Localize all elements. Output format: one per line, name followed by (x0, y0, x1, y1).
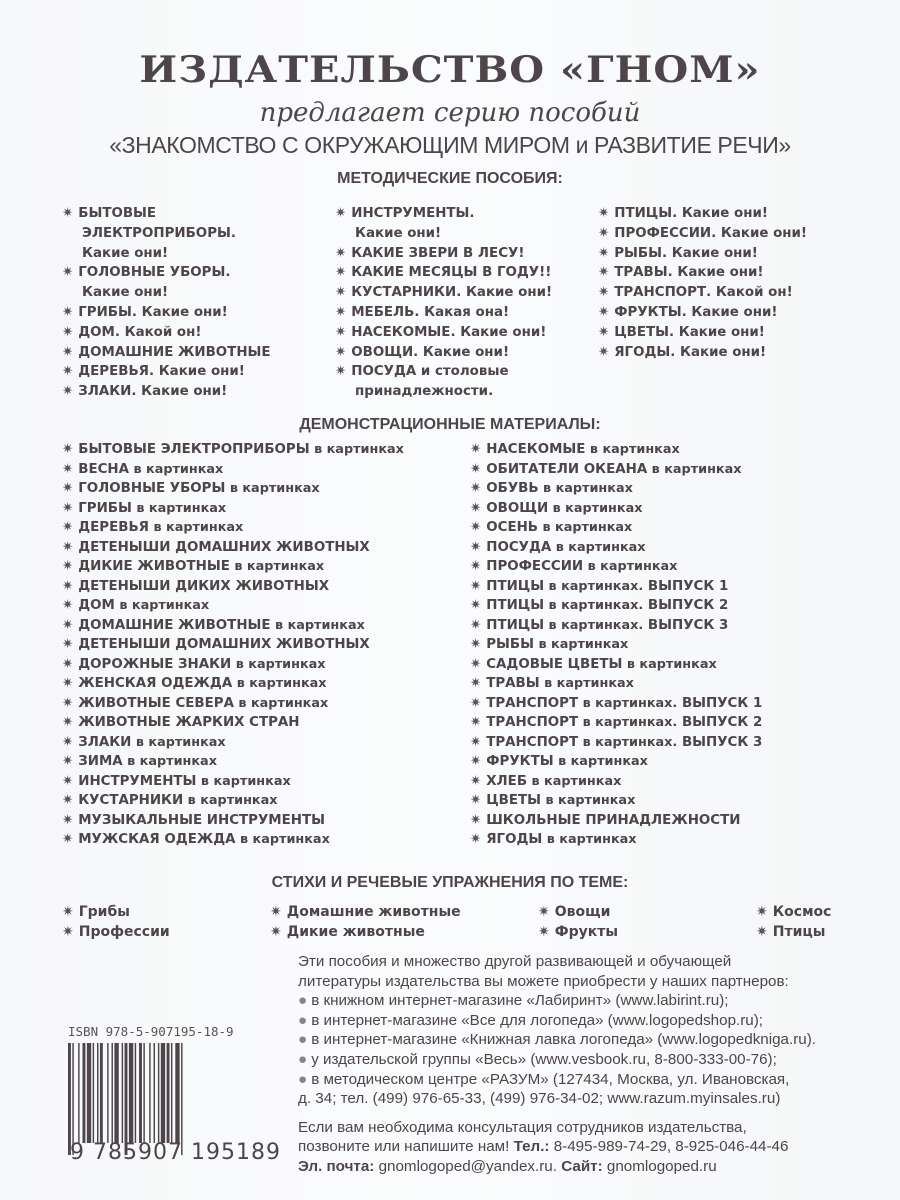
demo-item: ✷ПТИЦЫ в картинках. ВЫПУСК 2 (470, 596, 762, 616)
partner-item: ●в книжном интернет-магазине «Лабиринт» … (298, 991, 858, 1011)
methodical-item: ✷ГРИБЫ. Какие они! (62, 303, 271, 323)
asterisk-bullet-icon: ✷ (62, 637, 73, 652)
item-suffix: в картинках (551, 540, 645, 555)
demo-item: ✷ПТИЦЫ в картинках. ВЫПУСК 3 (470, 616, 762, 636)
item-issue: ВЫПУСК 1 (643, 579, 728, 594)
item-suffix: в картинках (231, 657, 325, 672)
item-title: Домашние животные (287, 904, 461, 920)
item-title: ДЕТЕНЫШИ ДОМАШНИХ ЖИВОТНЫХ (78, 637, 370, 652)
asterisk-bullet-icon: ✷ (62, 384, 73, 399)
methodical-item: ✷ЗЛАКИ. Какие они! (62, 382, 271, 402)
item-title: КУСТАРНИКИ (78, 793, 183, 808)
methodical-item: ✷МЕБЕЛЬ. Какая она! (335, 303, 552, 323)
item-title: ХЛЕБ (486, 774, 527, 789)
item-title: ДЕТЕНЫШИ ДИКИХ ЖИВОТНЫХ (78, 579, 329, 594)
item-title: ПТИЦЫ (486, 579, 544, 594)
item-suffix: в картинках (123, 754, 217, 769)
item-title: НАСЕКОМЫЕ (486, 442, 585, 457)
asterisk-bullet-icon: ✷ (62, 735, 73, 750)
poem-item: ✷Овощи (538, 902, 618, 922)
item-suffix: в картинках (647, 462, 741, 477)
contact-line-2: позвоните или напишите нам! Тел.: 8-495-… (298, 1137, 858, 1157)
demo-item: ✷ТРАНСПОРТ в картинках. ВЫПУСК 3 (470, 733, 762, 753)
asterisk-bullet-icon: ✷ (62, 265, 73, 280)
item-suffix: в картинках. (544, 618, 643, 633)
item-title: ПОСУДА и столовые (351, 364, 508, 379)
item-title: РЫБЫ. Какие они! (614, 246, 758, 261)
demo-item: ✷ХЛЕБ в картинках (470, 772, 762, 792)
poem-item: ✷Космос (756, 902, 831, 922)
methodical-item: ✷ДЕРЕВЬЯ. Какие они! (62, 362, 271, 382)
partner-text: у издательской группы «Весь» (www.vesboo… (311, 1051, 777, 1068)
barcode (68, 1043, 218, 1143)
partners-info: Эти пособия и множество другой развивающ… (298, 952, 858, 1177)
asterisk-bullet-icon: ✷ (598, 285, 609, 300)
poem-item: ✷Дикие животные (270, 922, 461, 942)
asterisk-bullet-icon: ✷ (598, 265, 609, 280)
publisher-title: ИЗДАТЕЛЬСТВО «ГНОМ» (0, 48, 900, 91)
email-value: gnomlogoped@yandex.ru. (379, 1158, 557, 1175)
contact-line-3: Эл. почта: gnomlogoped@yandex.ru. Сайт: … (298, 1157, 858, 1177)
demo-item: ✷ПРОФЕССИИ в картинках (470, 557, 762, 577)
demo-item: ✷НАСЕКОМЫЕ в картинках (470, 440, 762, 460)
asterisk-bullet-icon: ✷ (470, 754, 481, 769)
item-title: ИНСТРУМЕНТЫ (78, 774, 196, 789)
asterisk-bullet-icon: ✷ (470, 442, 481, 457)
item-title: ТРАНСПОРТ (486, 735, 578, 750)
demo-item: ✷РЫБЫ в картинках (470, 635, 762, 655)
item-title: МУЗЫКАЛЬНЫЕ ИНСТРУМЕНТЫ (78, 813, 325, 828)
demo-item: ✷ЖИВОТНЫЕ ЖАРКИХ СТРАН (62, 713, 404, 733)
item-suffix: в картинках (583, 559, 677, 574)
item-title: ПРОФЕССИИ. Какие они! (614, 226, 807, 241)
demo-item: ✷ДОМ в картинках (62, 596, 404, 616)
demo-item: ✷ДЕТЕНЫШИ ДИКИХ ЖИВОТНЫХ (62, 577, 404, 597)
demo-item: ✷САДОВЫЕ ЦВЕТЫ в картинках (470, 655, 762, 675)
methodical-item: ✷КУСТАРНИКИ. Какие они! (335, 283, 552, 303)
asterisk-bullet-icon: ✷ (598, 325, 609, 340)
methodical-item: ✷ПОСУДА и столовыепринадлежности. (335, 362, 552, 402)
item-suffix: в картинках (131, 735, 225, 750)
partner-item: ●у издательской группы «Весь» (www.vesbo… (298, 1050, 858, 1070)
asterisk-bullet-icon: ✷ (335, 325, 346, 340)
item-title: ТРАНСПОРТ. Какой он! (614, 285, 793, 300)
asterisk-bullet-icon: ✷ (335, 345, 346, 360)
asterisk-bullet-icon: ✷ (470, 735, 481, 750)
item-issue: ВЫПУСК 3 (677, 735, 762, 750)
asterisk-bullet-icon: ✷ (62, 206, 73, 221)
methodical-item: ✷ТРАВЫ. Какие они! (598, 263, 807, 283)
asterisk-bullet-icon: ✷ (62, 754, 73, 769)
asterisk-bullet-icon: ✷ (335, 265, 346, 280)
methodical-item: ✷ДОМ. Какой он! (62, 323, 271, 343)
poem-item: ✷Фрукты (538, 922, 618, 942)
phone-value: 8-495-989-74-29, 8-925-046-44-46 (554, 1138, 789, 1155)
barcode-bars (64, 1043, 224, 1155)
item-continuation: Какие они! (62, 244, 271, 264)
item-title: КАКИЕ МЕСЯЦЫ В ГОДУ!! (351, 265, 551, 280)
item-title: ОБИТАТЕЛИ ОКЕАНА (486, 462, 647, 477)
demo-item: ✷ДОМАШНИЕ ЖИВОТНЫЕ в картинках (62, 616, 404, 636)
asterisk-bullet-icon: ✷ (62, 520, 73, 535)
asterisk-bullet-icon: ✷ (62, 598, 73, 613)
item-issue: ВЫПУСК 3 (643, 618, 728, 633)
item-suffix: в картинках (538, 520, 632, 535)
asterisk-bullet-icon: ✷ (62, 579, 73, 594)
item-suffix: в картинках (310, 442, 404, 457)
item-title: КАКИЕ ЗВЕРИ В ЛЕСУ! (351, 246, 524, 261)
asterisk-bullet-icon: ✷ (470, 676, 481, 691)
item-title: НАСЕКОМЫЕ. Какие они! (351, 325, 546, 340)
site-label: Сайт: (561, 1158, 602, 1175)
item-suffix: в картинках (534, 637, 628, 652)
item-suffix: в картинках. (544, 579, 643, 594)
item-suffix: в картинках (542, 832, 636, 847)
asterisk-bullet-icon: ✷ (62, 481, 73, 496)
poem-item: ✷Домашние животные (270, 902, 461, 922)
item-title: ЯГОДЫ (486, 832, 542, 847)
asterisk-bullet-icon: ✷ (270, 904, 282, 920)
item-suffix: в картинках (149, 520, 243, 535)
item-title: ТРАВЫ (486, 676, 539, 691)
item-title: ОБУВЬ (486, 481, 538, 496)
asterisk-bullet-icon: ✷ (470, 481, 481, 496)
item-suffix: в картинках (539, 481, 633, 496)
asterisk-bullet-icon: ✷ (62, 364, 73, 379)
methodical-column-1: ✷БЫТОВЫЕЭЛЕКТРОПРИБОРЫ.Какие они!✷ГОЛОВН… (62, 204, 271, 402)
item-title: ГОЛОВНЫЕ УБОРЫ (78, 481, 225, 496)
item-title: ГОЛОВНЫЕ УБОРЫ. (78, 265, 230, 280)
item-title: Фрукты (555, 924, 618, 940)
demo-item: ✷ДЕТЕНЫШИ ДОМАШНИХ ЖИВОТНЫХ (62, 635, 404, 655)
item-title: ГРИБЫ. Какие они! (78, 305, 228, 320)
item-title: ДОМ. Какой он! (78, 325, 201, 340)
item-suffix: в картинках (183, 793, 277, 808)
methodical-item: ✷ГОЛОВНЫЕ УБОРЫ.Какие они! (62, 263, 271, 303)
item-continuation: Какие они! (335, 224, 552, 244)
asterisk-bullet-icon: ✷ (335, 305, 346, 320)
item-title: ПТИЦЫ. Какие они! (614, 206, 768, 221)
demo-column-2: ✷НАСЕКОМЫЕ в картинках✷ОБИТАТЕЛИ ОКЕАНА … (470, 440, 762, 850)
isbn-block: ISBN 978-5-907195-18-9 (68, 1024, 218, 1143)
item-suffix: в картинках (527, 774, 621, 789)
demo-item: ✷ОВОЩИ в картинках (470, 499, 762, 519)
demo-item: ✷ГРИБЫ в картинках (62, 499, 404, 519)
item-title: ОВОЩИ. Какие они! (351, 345, 509, 360)
partner-text: в методическом центре «РАЗУМ» (127434, М… (311, 1071, 789, 1088)
demo-item: ✷ЗЛАКИ в картинках (62, 733, 404, 753)
item-title: ШКОЛЬНЫЕ ПРИНАДЛЕЖНОСТИ (486, 813, 740, 828)
demo-item: ✷МУЗЫКАЛЬНЫЕ ИНСТРУМЕНТЫ (62, 811, 404, 831)
item-title: ФРУКТЫ. Какие они! (614, 305, 777, 320)
item-title: ПТИЦЫ (486, 618, 544, 633)
demo-item: ✷ЯГОДЫ в картинках (470, 830, 762, 850)
asterisk-bullet-icon: ✷ (598, 206, 609, 221)
asterisk-bullet-icon: ✷ (62, 676, 73, 691)
methodical-item: ✷КАКИЕ ЗВЕРИ В ЛЕСУ! (335, 244, 552, 264)
asterisk-bullet-icon: ✷ (62, 696, 73, 711)
demo-item: ✷ОБИТАТЕЛИ ОКЕАНА в картинках (470, 460, 762, 480)
item-suffix: в картинках (232, 676, 326, 691)
item-suffix: в картинках (225, 481, 319, 496)
item-title: ЗЛАКИ (78, 735, 131, 750)
asterisk-bullet-icon: ✷ (335, 206, 346, 221)
item-suffix: в картинках (230, 559, 324, 574)
item-title: МЕБЕЛЬ. Какая она! (351, 305, 509, 320)
item-suffix: в картинках. (578, 696, 677, 711)
item-title: Птицы (773, 924, 826, 940)
item-title: ЖИВОТНЫЕ СЕВЕРА (78, 696, 234, 711)
dot-bullet-icon: ● (298, 1012, 307, 1029)
demo-item: ✷ШКОЛЬНЫЕ ПРИНАДЛЕЖНОСТИ (470, 811, 762, 831)
demo-item: ✷ДОРОЖНЫЕ ЗНАКИ в картинках (62, 655, 404, 675)
item-title: ДЕРЕВЬЯ. Какие они! (78, 364, 245, 379)
item-title: МУЖСКАЯ ОДЕЖДА (78, 832, 235, 847)
asterisk-bullet-icon: ✷ (270, 924, 282, 940)
asterisk-bullet-icon: ✷ (470, 832, 481, 847)
item-title: Дикие животные (287, 924, 425, 940)
demo-item: ✷БЫТОВЫЕ ЭЛЕКТРОПРИБОРЫ в картинках (62, 440, 404, 460)
demo-item: ✷ФРУКТЫ в картинках (470, 752, 762, 772)
asterisk-bullet-icon: ✷ (335, 246, 346, 261)
item-suffix: в картинках (132, 501, 226, 516)
item-suffix: в картинках (541, 793, 635, 808)
item-suffix: в картинках (234, 696, 328, 711)
methodical-item: ✷ДОМАШНИЕ ЖИВОТНЫЕ (62, 343, 271, 363)
asterisk-bullet-icon: ✷ (470, 559, 481, 574)
asterisk-bullet-icon: ✷ (62, 657, 73, 672)
asterisk-bullet-icon: ✷ (470, 657, 481, 672)
item-title: ПРОФЕССИИ (486, 559, 583, 574)
email-label: Эл. почта: (298, 1158, 374, 1175)
methodical-heading: МЕТОДИЧЕСКИЕ ПОСОБИЯ: (0, 170, 900, 188)
asterisk-bullet-icon: ✷ (470, 520, 481, 535)
asterisk-bullet-icon: ✷ (62, 793, 73, 808)
item-suffix: в картинках (554, 754, 648, 769)
methodical-item: ✷ФРУКТЫ. Какие они! (598, 303, 807, 323)
phone-label: Тел.: (514, 1138, 550, 1155)
asterisk-bullet-icon: ✷ (62, 832, 73, 847)
item-suffix: в картинках (622, 657, 716, 672)
item-title: ЯГОДЫ. Какие они! (614, 345, 766, 360)
series-name: «ЗНАКОМСТВО С ОКРУЖАЮЩИМ МИРОМ и РАЗВИТИ… (0, 132, 900, 159)
methodical-item: ✷ПРОФЕССИИ. Какие они! (598, 224, 807, 244)
asterisk-bullet-icon: ✷ (470, 696, 481, 711)
methodical-item: ✷БЫТОВЫЕЭЛЕКТРОПРИБОРЫ.Какие они! (62, 204, 271, 263)
item-issue: ВЫПУСК 1 (677, 696, 762, 711)
item-continuation: ЭЛЕКТРОПРИБОРЫ. (62, 224, 271, 244)
poems-column-3: ✷Овощи✷Фрукты (538, 902, 618, 942)
contact-line-1: Если вам необходима консультация сотрудн… (298, 1118, 858, 1138)
item-title: ПОСУДА (486, 540, 551, 555)
asterisk-bullet-icon: ✷ (62, 904, 74, 920)
item-title: ТРАНСПОРТ (486, 696, 578, 711)
poem-item: ✷Профессии (62, 922, 170, 942)
asterisk-bullet-icon: ✷ (470, 462, 481, 477)
item-title: Овощи (555, 904, 611, 920)
partner-item: ●в методическом центре «РАЗУМ» (127434, … (298, 1070, 858, 1090)
asterisk-bullet-icon: ✷ (538, 924, 550, 940)
item-suffix: в картинках (585, 442, 679, 457)
isbn-label: ISBN 978-5-907195-18-9 (68, 1024, 218, 1039)
poems-heading: СТИХИ И РЕЧЕВЫЕ УПРАЖНЕНИЯ ПО ТЕМЕ: (0, 874, 900, 892)
demo-item: ✷ЗИМА в картинках (62, 752, 404, 772)
asterisk-bullet-icon: ✷ (470, 501, 481, 516)
methodical-column-2: ✷ИНСТРУМЕНТЫ.Какие они!✷КАКИЕ ЗВЕРИ В ЛЕ… (335, 204, 552, 402)
asterisk-bullet-icon: ✷ (470, 774, 481, 789)
demo-item: ✷ДИКИЕ ЖИВОТНЫЕ в картинках (62, 557, 404, 577)
item-suffix: в картинках (115, 598, 209, 613)
demo-item: ✷ОСЕНЬ в картинках (470, 518, 762, 538)
item-title: ЖЕНСКАЯ ОДЕЖДА (78, 676, 232, 691)
demo-item: ✷ОБУВЬ в картинках (470, 479, 762, 499)
item-title: Грибы (79, 904, 130, 920)
item-title: БЫТОВЫЕ ЭЛЕКТРОПРИБОРЫ (78, 442, 309, 457)
demo-heading: ДЕМОНСТРАЦИОННЫЕ МАТЕРИАЛЫ: (0, 416, 900, 434)
demo-item: ✷ДЕРЕВЬЯ в картинках (62, 518, 404, 538)
item-title: ОСЕНЬ (486, 520, 538, 535)
intro-line-2: литературы издательства вы можете приобр… (298, 972, 858, 992)
partner-text: в интернет-магазине «Книжная лавка логоп… (311, 1031, 816, 1048)
item-suffix: в картинках. (578, 715, 677, 730)
item-title: ЖИВОТНЫЕ ЖАРКИХ СТРАН (78, 715, 299, 730)
item-suffix: в картинках (540, 676, 634, 691)
asterisk-bullet-icon: ✷ (62, 345, 73, 360)
item-suffix: в картинках. (544, 598, 643, 613)
partner-item: ●в интернет-магазине «Все для логопеда» … (298, 1011, 858, 1031)
item-title: ДОМАШНИЕ ЖИВОТНЫЕ (78, 618, 270, 633)
dot-bullet-icon: ● (298, 992, 307, 1009)
methodical-item: ✷ЯГОДЫ. Какие они! (598, 343, 807, 363)
item-suffix: в картинках. (578, 735, 677, 750)
asterisk-bullet-icon: ✷ (756, 924, 768, 940)
dot-bullet-icon: ● (298, 1031, 307, 1048)
back-cover: ИЗДАТЕЛЬСТВО «ГНОМ» предлагает серию пос… (0, 0, 900, 1200)
item-title: ТРАВЫ. Какие они! (614, 265, 763, 280)
item-title: ДЕРЕВЬЯ (78, 520, 149, 535)
asterisk-bullet-icon: ✷ (598, 246, 609, 261)
asterisk-bullet-icon: ✷ (470, 813, 481, 828)
item-title: ЗИМА (78, 754, 122, 769)
asterisk-bullet-icon: ✷ (62, 462, 73, 477)
item-title: САДОВЫЕ ЦВЕТЫ (486, 657, 622, 672)
asterisk-bullet-icon: ✷ (598, 345, 609, 360)
methodical-item: ✷ОВОЩИ. Какие они! (335, 343, 552, 363)
demo-item: ✷ГОЛОВНЫЕ УБОРЫ в картинках (62, 479, 404, 499)
item-title: ИНСТРУМЕНТЫ. (351, 206, 474, 221)
item-title: ГРИБЫ (78, 501, 132, 516)
item-suffix: в картинках (548, 501, 642, 516)
demo-item: ✷ВЕСНА в картинках (62, 460, 404, 480)
demo-item: ✷ЖИВОТНЫЕ СЕВЕРА в картинках (62, 694, 404, 714)
partner-text: в книжном интернет-магазине «Лабиринт» (… (311, 992, 728, 1009)
poems-column-1: ✷Грибы✷Профессии (62, 902, 170, 942)
demo-item: ✷ИНСТРУМЕНТЫ в картинках (62, 772, 404, 792)
asterisk-bullet-icon: ✷ (62, 715, 73, 730)
item-title: ОВОЩИ (486, 501, 548, 516)
contact-prompt: позвоните или напишите нам! (298, 1138, 509, 1155)
asterisk-bullet-icon: ✷ (470, 579, 481, 594)
asterisk-bullet-icon: ✷ (62, 501, 73, 516)
item-title: ДИКИЕ ЖИВОТНЫЕ (78, 559, 230, 574)
partner-text: в интернет-магазине «Все для логопеда» (… (311, 1012, 763, 1029)
asterisk-bullet-icon: ✷ (598, 305, 609, 320)
item-title: ЦВЕТЫ. Какие они! (614, 325, 765, 340)
asterisk-bullet-icon: ✷ (470, 637, 481, 652)
asterisk-bullet-icon: ✷ (598, 226, 609, 241)
asterisk-bullet-icon: ✷ (538, 904, 550, 920)
dot-bullet-icon: ● (298, 1071, 307, 1088)
item-suffix: в картинках (129, 462, 223, 477)
methodical-item: ✷ЦВЕТЫ. Какие они! (598, 323, 807, 343)
item-title: Профессии (79, 924, 170, 940)
demo-item: ✷КУСТАРНИКИ в картинках (62, 791, 404, 811)
item-title: КУСТАРНИКИ. Какие они! (351, 285, 552, 300)
poem-item: ✷Грибы (62, 902, 170, 922)
demo-item: ✷ТРАНСПОРТ в картинках. ВЫПУСК 2 (470, 713, 762, 733)
item-suffix: в картинках (236, 832, 330, 847)
partner-continuation: д. 34; тел. (499) 976-65-33, (499) 976-3… (298, 1089, 858, 1109)
demo-item: ✷ЦВЕТЫ в картинках (470, 791, 762, 811)
methodical-item: ✷ПТИЦЫ. Какие они! (598, 204, 807, 224)
item-suffix: в картинках (271, 618, 365, 633)
asterisk-bullet-icon: ✷ (756, 904, 768, 920)
item-title: БЫТОВЫЕ (78, 206, 156, 221)
asterisk-bullet-icon: ✷ (62, 305, 73, 320)
poem-item: ✷Птицы (756, 922, 831, 942)
asterisk-bullet-icon: ✷ (62, 559, 73, 574)
methodical-item: ✷РЫБЫ. Какие они! (598, 244, 807, 264)
item-continuation: принадлежности. (335, 382, 552, 402)
item-continuation: Какие они! (62, 283, 271, 303)
asterisk-bullet-icon: ✷ (470, 540, 481, 555)
asterisk-bullet-icon: ✷ (62, 813, 73, 828)
methodical-item: ✷НАСЕКОМЫЕ. Какие они! (335, 323, 552, 343)
asterisk-bullet-icon: ✷ (335, 285, 346, 300)
asterisk-bullet-icon: ✷ (62, 442, 73, 457)
methodical-item: ✷ИНСТРУМЕНТЫ.Какие они! (335, 204, 552, 244)
item-issue: ВЫПУСК 2 (677, 715, 762, 730)
demo-item: ✷ПОСУДА в картинках (470, 538, 762, 558)
demo-item: ✷ТРАВЫ в картинках (470, 674, 762, 694)
asterisk-bullet-icon: ✷ (62, 540, 73, 555)
item-title: ДОМАШНИЕ ЖИВОТНЫЕ (78, 345, 270, 360)
demo-item: ✷МУЖСКАЯ ОДЕЖДА в картинках (62, 830, 404, 850)
poems-column-2: ✷Домашние животные✷Дикие животные (270, 902, 461, 942)
demo-column-1: ✷БЫТОВЫЕ ЭЛЕКТРОПРИБОРЫ в картинках✷ВЕСН… (62, 440, 404, 850)
methodical-item: ✷ТРАНСПОРТ. Какой он! (598, 283, 807, 303)
asterisk-bullet-icon: ✷ (62, 774, 73, 789)
asterisk-bullet-icon: ✷ (470, 793, 481, 808)
item-title: ВЕСНА (78, 462, 129, 477)
asterisk-bullet-icon: ✷ (62, 618, 73, 633)
item-title: ПТИЦЫ (486, 598, 544, 613)
poems-column-4: ✷Космос✷Птицы (756, 902, 831, 942)
demo-item: ✷ЖЕНСКАЯ ОДЕЖДА в картинках (62, 674, 404, 694)
intro-line-1: Эти пособия и множество другой развивающ… (298, 952, 858, 972)
item-title: ДЕТЕНЫШИ ДОМАШНИХ ЖИВОТНЫХ (78, 540, 370, 555)
item-suffix: в картинках (196, 774, 290, 789)
series-subtitle: предлагает серию пособий (0, 98, 900, 128)
item-title: ЗЛАКИ. Какие они! (78, 384, 227, 399)
asterisk-bullet-icon: ✷ (62, 325, 73, 340)
item-title: ДОМ (78, 598, 115, 613)
item-issue: ВЫПУСК 2 (643, 598, 728, 613)
item-title: ФРУКТЫ (486, 754, 553, 769)
methodical-item: ✷КАКИЕ МЕСЯЦЫ В ГОДУ!! (335, 263, 552, 283)
demo-item: ✷ДЕТЕНЫШИ ДОМАШНИХ ЖИВОТНЫХ (62, 538, 404, 558)
asterisk-bullet-icon: ✷ (470, 598, 481, 613)
